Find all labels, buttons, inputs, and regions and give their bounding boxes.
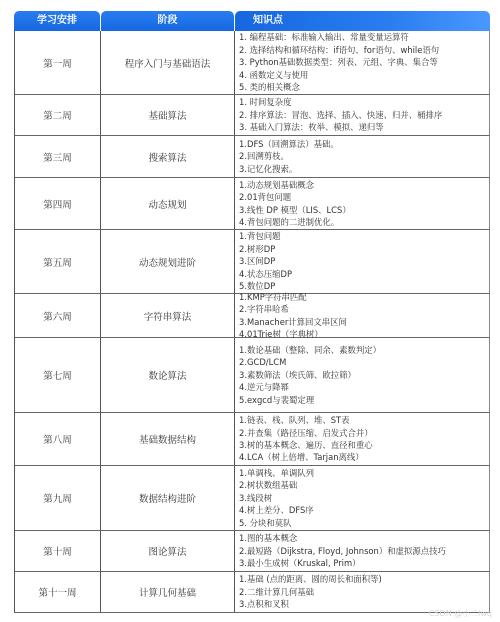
week-cell: 第六周 [15, 294, 101, 337]
knowledge-point: 2.回溯剪枝。 [239, 150, 289, 162]
week-cell: 第一周 [15, 31, 101, 94]
table-row: 第二周基础算法1. 时间复杂度2. 排序算法：冒泡、选择、插入、快速、归并、桶排… [14, 95, 490, 136]
knowledge-point: 1. 时间复杂度 [239, 96, 292, 108]
knowledge-point: 3.Manacher计算回文串区间 [239, 316, 347, 328]
knowledge-point: 3.区间DP [239, 255, 275, 267]
week-cell: 第八周 [15, 413, 101, 465]
stage-cell: 数据结构进阶 [101, 466, 235, 530]
table-row: 第十一周计算几何基础1.基础 (点的距离、圆的周长和面积等)2.二维计算几何基础… [14, 572, 490, 613]
stage-cell: 计算几何基础 [101, 572, 235, 612]
knowledge-point: 1.动态规划基础概念 [239, 179, 314, 191]
week-cell: 第十周 [15, 531, 101, 571]
knowledge-point: 1.链表、栈、队列、堆、ST表 [239, 414, 350, 426]
table-row: 第五周动态规划进阶1.背包问题2.树形DP3.区间DP4.状态压缩DP5.数位D… [14, 230, 490, 294]
knowledge-point: 5. 分块和莫队 [239, 517, 292, 529]
knowledge-points-cell: 1.基础 (点的距离、圆的周长和面积等)2.二维计算几何基础3.点积和叉积 [235, 572, 489, 612]
knowledge-point: 3.树的基本概念、遍历、直径和重心 [239, 439, 373, 451]
knowledge-point: 3.线性 DP 模型（LIS、LCS） [239, 204, 351, 216]
knowledge-point: 1.单调栈、单调队列 [239, 467, 314, 479]
header-knowledge-points: 知识点 [235, 11, 490, 31]
knowledge-point: 4.状态压缩DP [239, 268, 292, 280]
knowledge-points-cell: 1.背包问题2.树形DP3.区间DP4.状态压缩DP5.数位DP [235, 230, 489, 293]
knowledge-point: 4.逆元与降幂 [239, 381, 289, 393]
knowledge-point: 4. 函数定义与使用 [239, 69, 308, 81]
table-row: 第八周基础数据结构1.链表、栈、队列、堆、ST表2.并查集（路径压缩、启发式合并… [14, 413, 490, 466]
knowledge-point: 3.素数筛法（埃氏筛、欧拉筛） [239, 369, 356, 381]
knowledge-point: 2.二维计算几何基础 [239, 586, 314, 598]
stage-cell: 动态规划 [101, 178, 235, 229]
knowledge-point: 1.背包问题 [239, 230, 281, 242]
study-schedule-table: 学习安排 阶段 知识点 第一周程序入门与基础语法1. 编程基础：标准输入输出、常… [14, 11, 490, 613]
knowledge-point: 2.并查集（路径压缩、启发式合并） [239, 427, 373, 439]
week-cell: 第十一周 [15, 572, 101, 612]
knowledge-point: 2.树状数组基础 [239, 479, 297, 491]
knowledge-point: 4.背包问题的二进制优化。 [239, 216, 339, 228]
knowledge-points-cell: 1.单调栈、单调队列2.树状数组基础3.线段树4.树上差分、DFS序5. 分块和… [235, 466, 489, 530]
table-row: 第四周动态规划1.动态规划基础概念2.01背包问题3.线性 DP 模型（LIS、… [14, 178, 490, 230]
table-row: 第七周数论算法1.数论基础（整除、同余、素数判定）2.GCD/LCM3.素数筛法… [14, 338, 490, 413]
knowledge-point: 3. Python基础数据类型：列表、元组、字典、集合等 [239, 56, 438, 68]
week-cell: 第三周 [15, 136, 101, 177]
knowledge-points-cell: 1. 时间复杂度2. 排序算法：冒泡、选择、插入、快速、归并、桶排序3. 基础入… [235, 95, 489, 135]
knowledge-points-cell: 1.动态规划基础概念2.01背包问题3.线性 DP 模型（LIS、LCS）4.背… [235, 178, 489, 229]
knowledge-point: 3.点积和叉积 [239, 598, 289, 610]
knowledge-point: 5. 类的相关概念 [239, 81, 300, 93]
table-row: 第九周数据结构进阶1.单调栈、单调队列2.树状数组基础3.线段树4.树上差分、D… [14, 466, 490, 531]
knowledge-point: 1.基础 (点的距离、圆的周长和面积等) [239, 573, 382, 585]
knowledge-point: 3.最小生成树（Kruskal, Prim） [239, 557, 361, 569]
week-cell: 第五周 [15, 230, 101, 293]
header-stage: 阶段 [101, 11, 234, 31]
knowledge-point: 2.字符串哈希 [239, 303, 289, 315]
stage-cell: 搜索算法 [101, 136, 235, 177]
table-header: 学习安排 阶段 知识点 [14, 11, 490, 31]
knowledge-point: 1.DFS（回溯算法）基础。 [239, 138, 339, 150]
stage-cell: 基础数据结构 [101, 413, 235, 465]
table-row: 第一周程序入门与基础语法1. 编程基础：标准输入输出、常量变量运算符2. 选择结… [14, 31, 490, 95]
knowledge-point: 2.树形DP [239, 243, 275, 255]
table-row: 第十周图论算法1.图的基本概念2.最短路（Dijkstra, Floyd, Jo… [14, 531, 490, 572]
knowledge-points-cell: 1.KMP字符串匹配2.字符串哈希3.Manacher计算回文串区间4.01Tr… [235, 294, 489, 337]
week-cell: 第七周 [15, 338, 101, 412]
header-schedule: 学习安排 [14, 11, 100, 31]
knowledge-points-cell: 1.数论基础（整除、同余、素数判定）2.GCD/LCM3.素数筛法（埃氏筛、欧拉… [235, 338, 489, 412]
table-body: 第一周程序入门与基础语法1. 编程基础：标准输入输出、常量变量运算符2. 选择结… [14, 31, 490, 613]
knowledge-points-cell: 1.DFS（回溯算法）基础。2.回溯剪枝。3.记忆化搜索。 [235, 136, 489, 177]
knowledge-point: 1.KMP字符串匹配 [239, 291, 307, 303]
knowledge-point: 3.线段树 [239, 492, 272, 504]
stage-cell: 动态规划进阶 [101, 230, 235, 293]
knowledge-point: 4.树上差分、DFS序 [239, 504, 314, 516]
stage-cell: 数论算法 [101, 338, 235, 412]
week-cell: 第九周 [15, 466, 101, 530]
watermark: CSDN @小二lwq [429, 608, 492, 619]
knowledge-points-cell: 1. 编程基础：标准输入输出、常量变量运算符2. 选择结构和循环结构：if语句、… [235, 31, 489, 94]
knowledge-points-cell: 1.链表、栈、队列、堆、ST表2.并查集（路径压缩、启发式合并）3.树的基本概念… [235, 413, 489, 465]
table-row: 第三周搜索算法1.DFS（回溯算法）基础。2.回溯剪枝。3.记忆化搜索。 [14, 136, 490, 178]
knowledge-point: 2. 排序算法：冒泡、选择、插入、快速、归并、桶排序 [239, 109, 442, 121]
knowledge-point: 2. 选择结构和循环结构：if语句、for语句、while语句 [239, 44, 439, 56]
knowledge-point: 2.最短路（Dijkstra, Floyd, Johnson）和虚拟源点技巧 [239, 545, 446, 557]
knowledge-point: 5.exgcd与裴蜀定理 [239, 394, 314, 406]
table-row: 第六周字符串算法1.KMP字符串匹配2.字符串哈希3.Manacher计算回文串… [14, 294, 490, 338]
stage-cell: 基础算法 [101, 95, 235, 135]
knowledge-point: 2.01背包问题 [239, 191, 291, 203]
knowledge-point: 1.图的基本概念 [239, 532, 297, 544]
knowledge-point: 3.记忆化搜索。 [239, 163, 297, 175]
knowledge-point: 3. 基础入门算法：枚举、模拟、递归等 [239, 121, 384, 133]
week-cell: 第二周 [15, 95, 101, 135]
knowledge-point: 2.GCD/LCM [239, 356, 286, 368]
week-cell: 第四周 [15, 178, 101, 229]
stage-cell: 程序入门与基础语法 [101, 31, 235, 94]
stage-cell: 字符串算法 [101, 294, 235, 337]
stage-cell: 图论算法 [101, 531, 235, 571]
knowledge-point: 1.数论基础（整除、同余、素数判定） [239, 344, 381, 356]
knowledge-point: 4.LCA（树上倍增、Tarjan离线） [239, 451, 364, 463]
knowledge-point: 1. 编程基础：标准输入输出、常量变量运算符 [239, 31, 409, 43]
knowledge-points-cell: 1.图的基本概念2.最短路（Dijkstra, Floyd, Johnson）和… [235, 531, 489, 571]
